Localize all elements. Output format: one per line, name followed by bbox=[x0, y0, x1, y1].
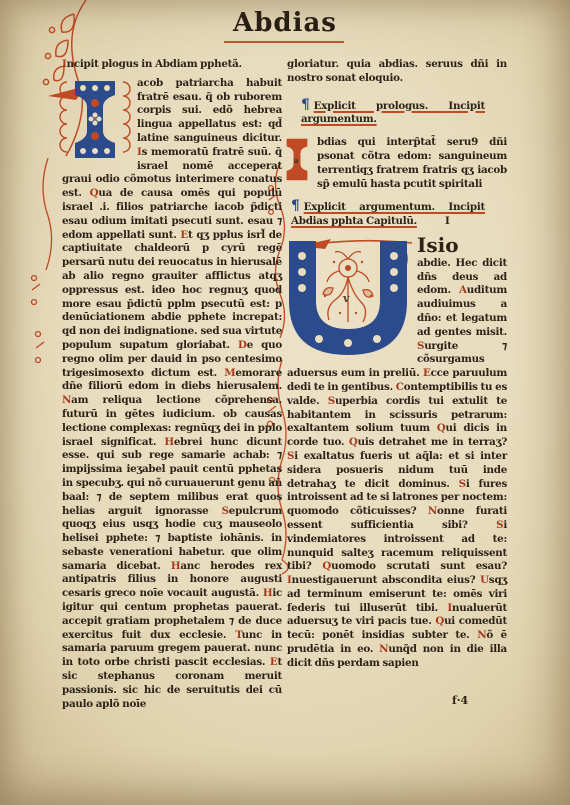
prologue-body: acob patriarcha habuit fratrē esau. q̃ o… bbox=[62, 77, 282, 710]
pilcrow-icon: ¶ bbox=[291, 198, 300, 214]
explicit-prologus-rubric: ¶Explicit prologus. Incipit argumentum. bbox=[301, 99, 507, 128]
argumentum-text: a bdias qui interp̃tat̃ seru9 dñi psonat… bbox=[287, 136, 507, 191]
explicit-argumentum-text: Explicit argumentum. Incipit Abdias ppht… bbox=[291, 201, 485, 227]
left-column: Incipit plogus in Abdiam pphetã. acob pa… bbox=[62, 58, 282, 711]
explicit-argumentum-rubric: ¶Explicit argumentum. Incipit Abdias pph… bbox=[291, 200, 507, 229]
book-page: Abdias Incipit plogus in Abdiam pphetã. … bbox=[0, 0, 570, 805]
quire-signature: f·4 bbox=[452, 694, 468, 707]
explicit-prologus-text: Explicit prologus. Incipit argumentum. bbox=[301, 100, 485, 126]
right-column: gloriatur. quia abdias. seruus dñi in no… bbox=[287, 58, 507, 671]
initial-U-visio: v bbox=[285, 238, 412, 361]
running-title-underline bbox=[224, 41, 344, 43]
initial-A-abdias: a bbox=[282, 137, 312, 182]
prologue-end-text: gloriatur. quia abdias. seruus dñi in no… bbox=[287, 58, 507, 86]
svg-text:v: v bbox=[342, 292, 350, 305]
chapter-text: v Isioabdie. Hec dicit dñs deus ad edom.… bbox=[287, 235, 507, 671]
argumentum-body: bdias qui interp̃tat̃ seru9 dñi psonat c… bbox=[317, 136, 507, 189]
svg-text:a: a bbox=[294, 156, 299, 165]
margin-flourish-left-icon bbox=[26, 158, 56, 388]
prologue-text: acob patriarcha habuit fratrē esau. q̃ o… bbox=[62, 77, 282, 712]
initial-I-iacob bbox=[58, 78, 132, 162]
chapter-number: I bbox=[445, 215, 450, 227]
pilcrow-icon: ¶ bbox=[301, 97, 310, 113]
running-title: Abdias bbox=[0, 8, 570, 38]
prologue-incipit-rubric: Incipit plogus in Abdiam pphetã. bbox=[62, 58, 282, 72]
